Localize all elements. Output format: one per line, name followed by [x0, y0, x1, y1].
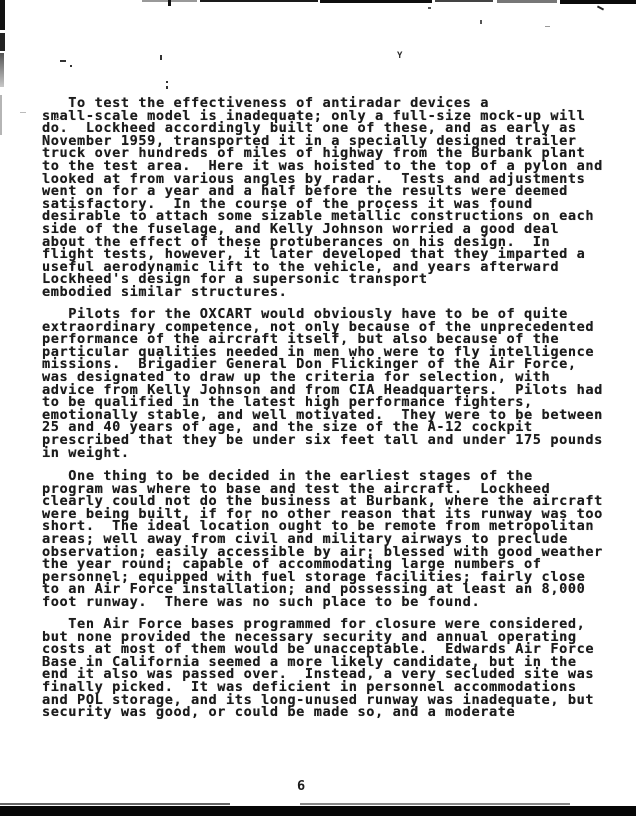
scan-artifact-left-strip	[0, 53, 4, 87]
scan-speck	[480, 20, 482, 24]
scan-artifact-left-strip	[0, 33, 5, 51]
paragraph-2: Pilots for the OXCART would obviously ha…	[42, 308, 622, 459]
scan-artifact-top-line	[200, 0, 318, 2]
scan-artifact-bottom-line	[300, 803, 570, 805]
scan-artifact-top-line	[435, 0, 493, 2]
scan-artifact-top-tick	[168, 0, 171, 6]
document-page: To test the effectiveness of antiradar d…	[0, 0, 636, 816]
scan-artifact-bottom-band	[0, 806, 636, 816]
paragraph-4: Ten Air Force bases programmed for closu…	[42, 618, 622, 719]
paragraph-3: One thing to be decided in the earliest …	[42, 470, 622, 609]
scan-speck	[166, 86, 168, 89]
scan-speck	[70, 65, 72, 67]
scan-speck	[65, 205, 70, 206]
scan-speck	[60, 60, 66, 62]
scan-speck	[545, 26, 550, 27]
scan-speck	[20, 112, 26, 113]
paragraph-1: To test the effectiveness of antiradar d…	[42, 97, 622, 299]
scan-artifact-left-strip	[0, 0, 5, 30]
scan-speck	[55, 118, 60, 119]
scan-artifact-left-strip	[0, 95, 2, 135]
scan-artifact-top-line	[560, 0, 636, 4]
page-number: 6	[297, 778, 305, 794]
scan-speck	[428, 7, 431, 9]
scan-speck	[160, 55, 162, 60]
scan-speck	[166, 81, 168, 83]
scan-speck	[597, 5, 604, 10]
scan-stray-glyph: Y	[397, 51, 402, 61]
scan-artifact-bottom-line	[0, 803, 230, 805]
scan-artifact-top-line	[320, 0, 432, 3]
scan-artifact-top-line	[497, 0, 557, 3]
